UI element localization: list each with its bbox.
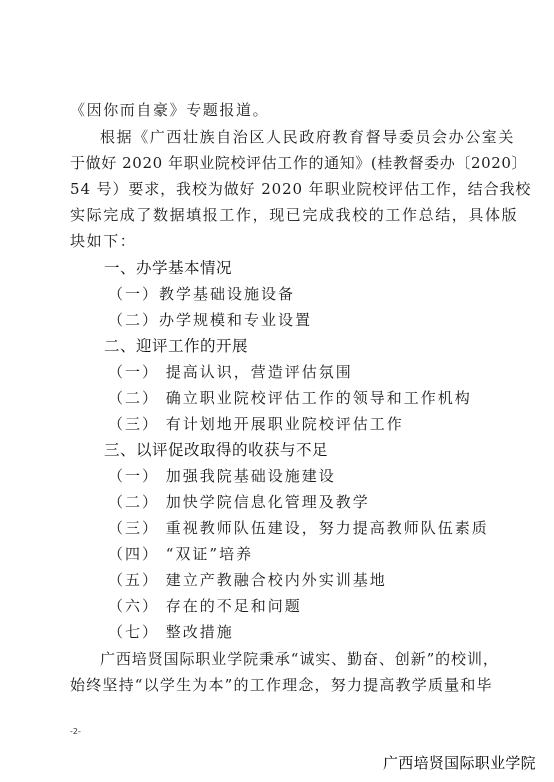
subsection-item: （一）教学基础设施设备 bbox=[108, 284, 295, 304]
paragraph-line: 实际完成了数据填报工作，现已完成我校的工作总结，具体版 bbox=[70, 205, 518, 225]
footer-organization: 广西培贤国际职业学院 bbox=[383, 752, 536, 773]
subsection-item: （七） 整改措施 bbox=[108, 622, 234, 642]
closing-line: 始终坚持“以学生为本”的工作理念，努力提高教学质量和毕 bbox=[70, 675, 493, 695]
subsection-item: （一） 加强我院基础设施建设 bbox=[108, 466, 336, 486]
paragraph-line: 54 号）要求，我校为做好 2020 年职业院校评估工作，结合我校 bbox=[70, 179, 531, 199]
subsection-item: （二）办学规模和专业设置 bbox=[108, 310, 312, 330]
subsection-item: （四） “双证”培养 bbox=[108, 544, 253, 564]
paragraph-line: 块如下： bbox=[70, 231, 136, 251]
section-heading-1: 一、办学基本情况 bbox=[104, 258, 232, 278]
paragraph-line: 于做好 2020 年职业院校评估工作的通知》(桂教督委办〔2020〕 bbox=[70, 153, 527, 173]
section-heading-3: 三、以评促改取得的收获与不足 bbox=[104, 440, 328, 460]
subsection-item: （五） 建立产教融合校内外实训基地 bbox=[108, 570, 387, 590]
page-number: -2- bbox=[70, 727, 81, 736]
closing-line: 广西培贤国际职业学院秉承“诚实、勤奋、创新”的校训， bbox=[100, 649, 499, 669]
paragraph-line: 《因你而自豪》专题报道。 bbox=[70, 100, 269, 120]
subsection-item: （一） 提高认识，营造评估氛围 bbox=[108, 362, 353, 382]
subsection-item: （二） 加快学院信息化管理及教学 bbox=[108, 492, 370, 512]
paragraph-line: 根据《广西壮族自治区人民政府教育督导委员会办公室关 bbox=[100, 127, 515, 147]
subsection-item: （三） 重视教师队伍建设，努力提高教师队伍素质 bbox=[108, 518, 489, 538]
section-heading-2: 二、迎评工作的开展 bbox=[104, 336, 248, 356]
subsection-item: （二） 确立职业院校评估工作的领导和工作机构 bbox=[108, 388, 472, 408]
subsection-item: （三） 有计划地开展职业院校评估工作 bbox=[108, 414, 404, 434]
subsection-item: （六） 存在的不足和问题 bbox=[108, 596, 302, 616]
